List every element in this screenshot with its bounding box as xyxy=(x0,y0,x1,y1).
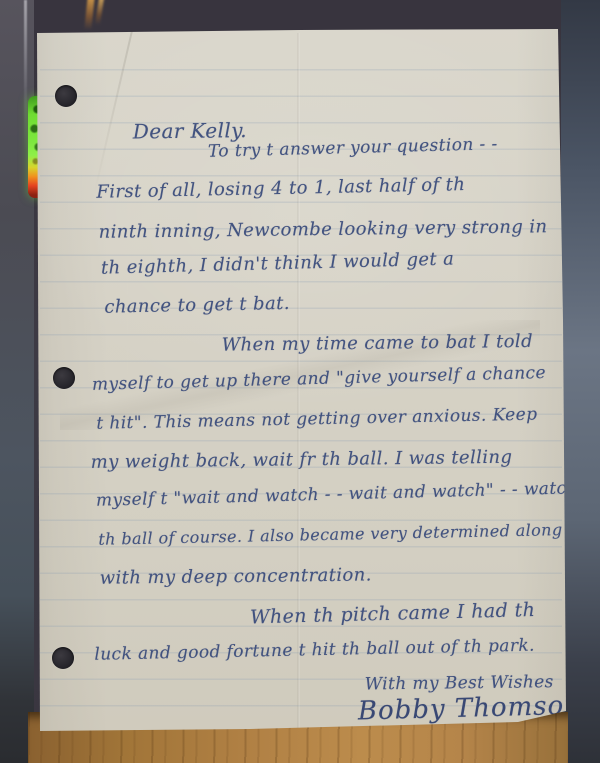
letter-line: chance to get t bat. xyxy=(104,293,290,318)
letter-line: ninth inning, Newcombe looking very stro… xyxy=(99,216,548,242)
letter-line: When my time came to bat I told xyxy=(222,331,534,356)
handwritten-letter-page: Dear Kelly.To try t answer your question… xyxy=(0,0,600,763)
letter-line: t hit". This means not getting over anxi… xyxy=(96,405,537,434)
letter-line: th ball of course. I also became very de… xyxy=(98,520,563,549)
letter-line: First of all, losing 4 to 1, last half o… xyxy=(96,174,465,203)
photo-of-letter: Dear Kelly.To try t answer your question… xyxy=(0,0,600,763)
sleeve-right-edge xyxy=(561,0,600,763)
letter-line: my weight back, wait fr th ball. I was t… xyxy=(91,447,513,473)
light-reflection-streak xyxy=(95,0,104,25)
light-reflection-streak xyxy=(84,0,95,30)
letter-line: myself to get up there and "give yoursel… xyxy=(92,363,546,395)
letter-line: with my deep concentration. xyxy=(100,564,372,588)
letter-line: myself t "wait and watch - - wait and wa… xyxy=(96,478,578,511)
letter-line: th eighth, I didn't think I would get a xyxy=(101,248,455,278)
letter-text: Dear Kelly.To try t answer your question… xyxy=(0,0,600,763)
letter-line: Dear Kelly. xyxy=(133,118,247,143)
sleeve-reflection-highlight xyxy=(24,0,27,150)
letter-line: luck and good fortune t hit th ball out … xyxy=(94,636,535,665)
letter-line: When th pitch came I had th xyxy=(250,599,536,628)
letter-line: To try t answer your question - - xyxy=(208,134,498,162)
